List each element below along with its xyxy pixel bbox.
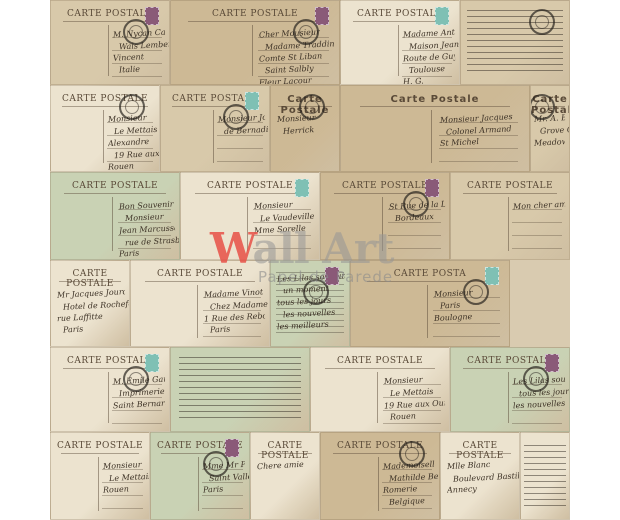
center-divider xyxy=(198,457,199,511)
handwriting: Paris xyxy=(210,324,231,334)
postcard: CARTE POSTALEMme Mr PrejardSaint Vallett… xyxy=(150,432,250,520)
teal-stamp-icon xyxy=(295,179,309,197)
header-rule xyxy=(325,368,435,369)
postcard: CARTE POSTALEMademoiselleMathilde Bernar… xyxy=(320,432,440,520)
postmark-icon xyxy=(123,366,149,392)
handwriting: Rouen xyxy=(103,484,129,494)
handwriting: Meadow Place xyxy=(534,137,565,148)
handwriting: Saint Salbly xyxy=(265,64,314,76)
handwriting: Route de Guyenne xyxy=(403,52,455,64)
postcard: Carte PostaleMonsieur JacquesColonel Arm… xyxy=(340,85,530,172)
address-line xyxy=(382,508,432,509)
postcard: CARTE POSTALEM. Emile GandilImprimerieSa… xyxy=(50,347,170,432)
postmark-icon xyxy=(299,94,325,120)
header-rule xyxy=(145,281,255,282)
postcard-header: CARTE POSTALE xyxy=(251,441,319,461)
teal-stamp-icon xyxy=(435,7,449,25)
address-line xyxy=(112,410,162,411)
postcard: CARTE POSTALECher MousieurMadame Traddin… xyxy=(170,0,340,85)
handwriting: Mr Jacques Jourdan xyxy=(57,287,125,300)
postmark-icon xyxy=(119,94,145,120)
handwriting: Romerie xyxy=(383,484,418,495)
address-line xyxy=(112,76,162,77)
address-line xyxy=(217,148,262,149)
center-divider xyxy=(103,110,104,163)
postcard: CARTE POSTALEMonsieurLe MettaisAlexandre… xyxy=(50,85,160,172)
handwriting: Maison Jeanne d'Arc xyxy=(409,40,460,52)
header-rule xyxy=(61,453,139,454)
postcard-header: CARTE POSTALE xyxy=(441,441,519,461)
handwriting: 19 Rue aux Ours xyxy=(114,149,160,160)
handwriting: Comte St Liban xyxy=(259,51,323,63)
address-line xyxy=(433,323,499,324)
handwriting: Annecy xyxy=(447,484,477,495)
handwriting: Vincent xyxy=(113,52,144,63)
address-line xyxy=(202,495,243,496)
handwriting: Paris xyxy=(440,300,461,310)
address-line xyxy=(512,248,562,249)
postmark-icon xyxy=(463,279,489,305)
address-line xyxy=(383,423,441,424)
postmark-icon xyxy=(223,104,249,130)
center-divider xyxy=(377,372,378,423)
teal-stamp-icon xyxy=(485,267,499,285)
handwriting: Paris xyxy=(63,324,84,334)
handwriting: H. G. xyxy=(403,76,424,85)
postcard: CARTE POSTALEBon SouvenirMonsieurJean Ma… xyxy=(50,172,180,260)
header-rule xyxy=(59,281,121,282)
purple-stamp-icon xyxy=(225,439,239,457)
address-line xyxy=(433,336,499,337)
center-divider xyxy=(112,197,113,251)
postmark-icon xyxy=(530,94,555,120)
postcard: CARTE POSTALEMlle BlancBoulevard Bastill… xyxy=(440,432,520,520)
handwriting: Rouen xyxy=(390,411,416,421)
postmark-icon xyxy=(203,451,229,477)
center-divider xyxy=(98,457,99,511)
handwriting: Hotel de Rochefort xyxy=(63,299,130,312)
postcard xyxy=(170,347,310,432)
address-line xyxy=(203,336,261,337)
postcard-header: CARTE POSTALE xyxy=(451,181,569,191)
address-line xyxy=(439,148,518,149)
header-rule xyxy=(449,453,511,454)
center-divider xyxy=(378,457,379,511)
handwriting: Rouen xyxy=(108,161,134,171)
address-line xyxy=(512,235,562,236)
handwriting: Boulevard Bastille xyxy=(453,471,520,484)
address-line xyxy=(512,222,562,223)
handwriting: Mathilde Bernard xyxy=(389,472,440,484)
postmark-icon xyxy=(403,191,429,217)
watermark-initial: W xyxy=(210,224,253,273)
header-rule xyxy=(360,106,510,107)
header-rule xyxy=(64,193,166,194)
handwriting: Saint Bernard xyxy=(113,399,165,411)
purple-stamp-icon xyxy=(425,179,439,197)
address-line xyxy=(102,495,143,496)
center-divider xyxy=(197,285,198,338)
handwriting: Jean Marcusse xyxy=(119,224,175,236)
handwriting: rue Laffitte xyxy=(57,312,103,323)
postmark-icon xyxy=(293,19,319,45)
postcard: CARTE POSTALEMonsieur Joseph Empereurde … xyxy=(160,85,270,172)
header-rule xyxy=(463,193,557,194)
handwriting: 1 Rue des Rebolles xyxy=(204,311,265,323)
postcard xyxy=(520,432,570,520)
purple-stamp-icon xyxy=(315,7,329,25)
address-line xyxy=(388,235,442,236)
address-line xyxy=(112,423,162,424)
handwriting: Alexandre xyxy=(108,137,150,148)
center-divider xyxy=(431,110,432,163)
postmark-icon xyxy=(123,19,149,45)
postmark-icon xyxy=(399,441,425,467)
postcard: Carte PostaleMonsieurHerrick xyxy=(270,85,340,172)
postmark-icon xyxy=(523,366,549,392)
handwritten-text-block xyxy=(179,356,300,423)
handwriting: Chez Madame Vve Michelle xyxy=(210,299,270,311)
address-line xyxy=(439,161,518,162)
handwriting: Mlle Blanc xyxy=(447,460,491,471)
address-line xyxy=(512,410,562,411)
center-divider xyxy=(252,25,253,76)
handwriting: Chere amie xyxy=(257,460,304,471)
teal-stamp-icon xyxy=(145,354,159,372)
center-divider xyxy=(508,372,509,423)
postcard: CARTE POSTALEMr Jacques JourdanHotel de … xyxy=(50,260,130,347)
address-line xyxy=(512,423,562,424)
postcard-header: CARTE POSTALE xyxy=(51,441,149,451)
handwriting: Le Mettais xyxy=(109,472,150,483)
header-rule xyxy=(195,193,305,194)
postcard: CARTE POSTALEM. Nycan CavolsWals Lemberg… xyxy=(50,0,170,85)
postcard-header: CARTE POSTALE xyxy=(51,269,129,289)
handwriting: Paris xyxy=(119,248,140,258)
postcard: CARTE POSTALEMon cher ami xyxy=(450,172,570,260)
handwriting: Boulogne xyxy=(434,312,473,323)
center-divider xyxy=(398,25,399,76)
purple-stamp-icon xyxy=(545,354,559,372)
watermark-logo: Wall Art xyxy=(210,228,393,270)
postcard: CARTE POSTALEMonsieurLe MettaisRouen xyxy=(50,432,150,520)
handwriting: rue de Strasbourg xyxy=(125,236,180,248)
handwriting: Paris xyxy=(203,484,224,494)
address-line xyxy=(202,508,243,509)
postcard xyxy=(460,0,570,85)
teal-stamp-icon xyxy=(245,92,259,110)
center-divider xyxy=(108,25,109,76)
postcard-header: CARTE POSTALE xyxy=(311,356,449,366)
postcard-header: Carte Postale xyxy=(341,94,529,105)
postcard-header: CARTE POSTALE xyxy=(171,9,339,19)
handwriting: Herrick xyxy=(283,125,315,136)
postcard: CARTE POSTALELes Lilas sous untous les j… xyxy=(450,347,570,432)
center-divider xyxy=(508,197,509,251)
center-divider xyxy=(427,285,428,338)
address-line xyxy=(217,161,262,162)
watermark-text: all Art xyxy=(253,224,394,273)
header-rule xyxy=(258,453,312,454)
watermark-subtitle: Papel de Parede xyxy=(258,268,393,286)
postcard: CARTE POSTALEChere amie xyxy=(250,432,320,520)
center-divider xyxy=(108,372,109,423)
handwriting: Grove Court xyxy=(540,125,570,136)
postcard: CARTE POSTALEMonsieurLe Mettais19 Rue au… xyxy=(310,347,450,432)
handwriting: 19 Rue aux Ours xyxy=(384,398,445,410)
handwriting: Belgique xyxy=(389,496,425,507)
postcard: CARTE POSTALEMadame Antoine ChenMaison J… xyxy=(340,0,460,85)
handwriting: Toulouse xyxy=(409,64,445,75)
handwriting: Fleur Lacour xyxy=(259,76,312,85)
header-rule xyxy=(353,21,447,22)
handwriting: Italie xyxy=(119,64,140,74)
postmark-icon xyxy=(529,9,555,35)
address-line xyxy=(388,248,442,249)
handwriting: St Michel xyxy=(440,137,479,148)
handwriting: les nouvelles xyxy=(513,399,565,411)
postcard: Carte PostaleMr. A. BastellGrove CourtMe… xyxy=(530,85,570,172)
center-divider xyxy=(213,110,214,163)
postcard-header: CARTE POSTALE xyxy=(51,181,179,191)
handwritten-text-block xyxy=(524,441,566,511)
postcard: CARTE POSTALEMadame VinotChez Madame Vve… xyxy=(130,260,270,347)
purple-stamp-icon xyxy=(145,7,159,25)
address-line xyxy=(102,508,143,509)
